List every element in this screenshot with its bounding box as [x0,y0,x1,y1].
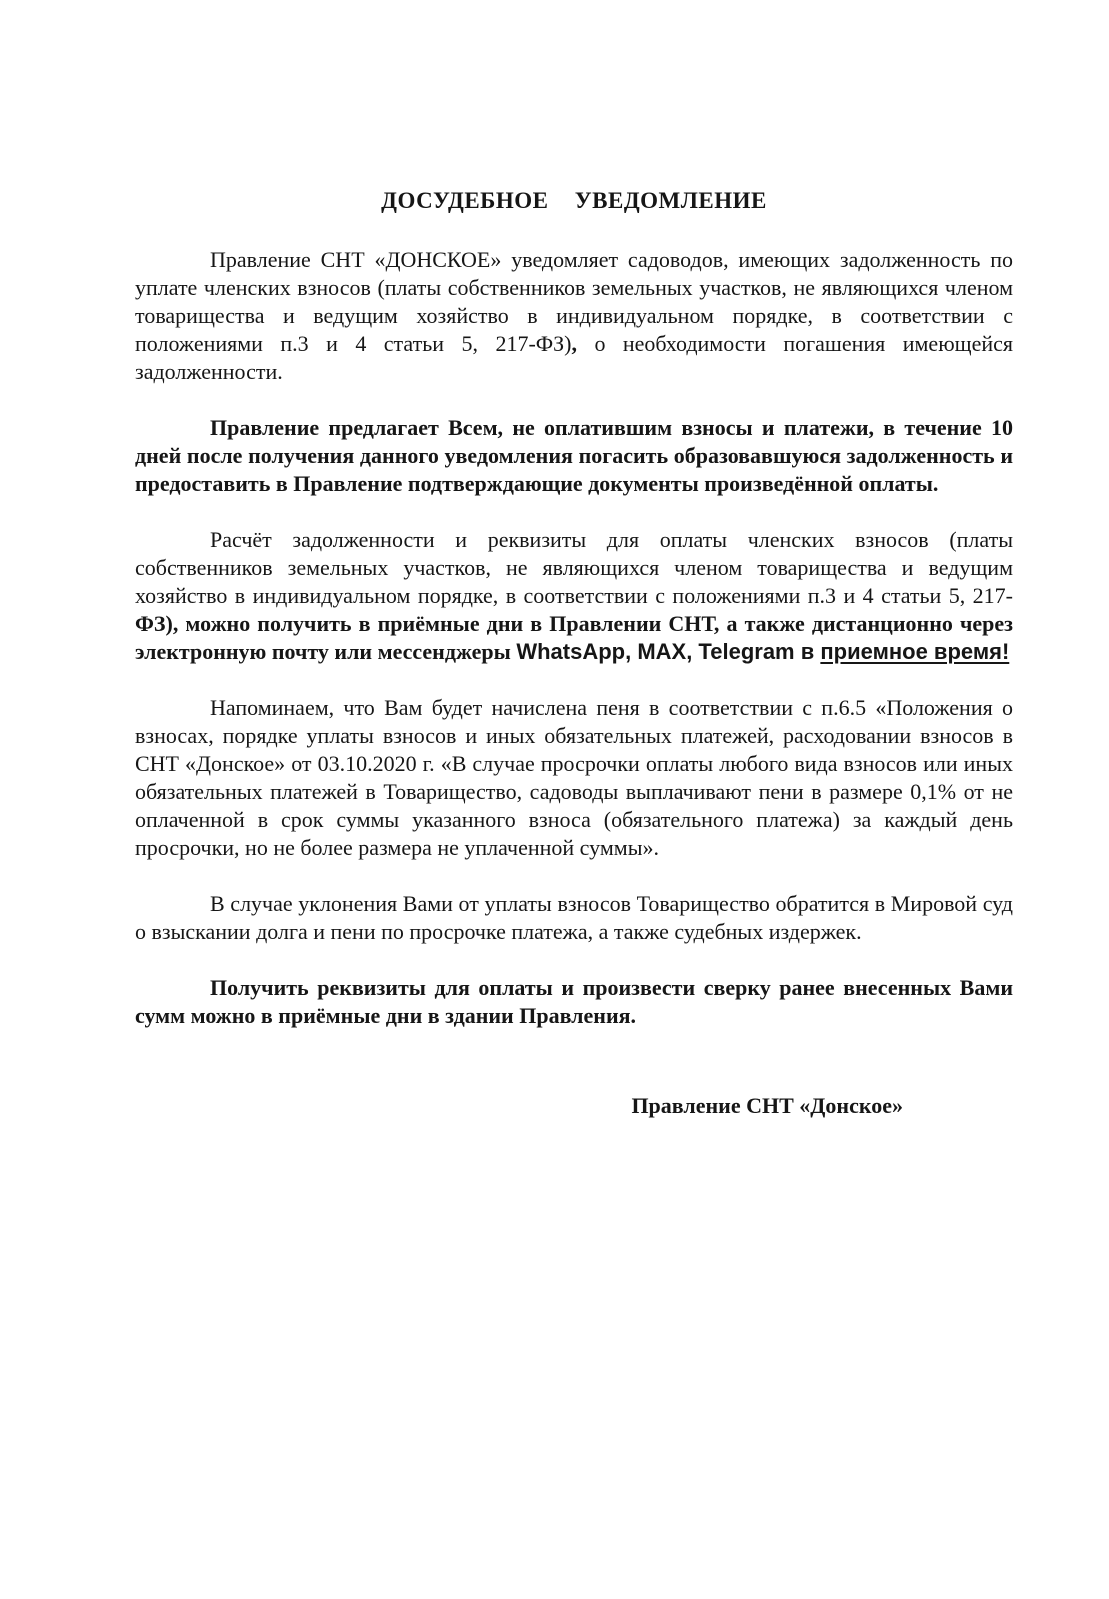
document-page: ДОСУДЕБНОЕ УВЕДОМЛЕНИЕ Правление СНТ «ДО… [0,0,1109,1599]
paragraph-penalty: Напоминаем, что Вам будет начислена пеня… [135,694,1013,862]
text-run-bold: Правление предлагает Всем, не оплатившим… [135,415,1013,496]
text-run: Напоминаем, что Вам будет начислена пеня… [135,695,1013,860]
messengers-text: WhatsApp, MAX, Telegram в [516,639,820,664]
document-title: ДОСУДЕБНОЕ УВЕДОМЛЕНИЕ [135,186,1013,216]
paragraph-court: В случае уклонения Вами от уплаты взносо… [135,890,1013,946]
reception-time-underlined-text: приемное время! [820,639,1009,664]
document-title-text: ДОСУДЕБНОЕ УВЕДОМЛЕНИЕ [381,188,767,213]
signature-line: Правление СНТ «Донское» [135,1092,1013,1120]
paragraph-requisites: Расчёт задолженности и реквизиты для опл… [135,526,1013,666]
text-run-bold: Получить реквизиты для оплаты и произвес… [135,975,1013,1028]
signature-text: Правление СНТ «Донское» [631,1093,903,1118]
text-run: Расчёт задолженности и реквизиты для опл… [135,527,1013,608]
paragraph-intro: Правление СНТ «ДОНСКОЕ» уведомляет садов… [135,246,1013,386]
paragraph-demand: Правление предлагает Всем, не оплатившим… [135,414,1013,498]
text-run: В случае уклонения Вами от уплаты взносо… [135,891,1013,944]
paragraph-closing: Получить реквизиты для оплаты и произвес… [135,974,1013,1030]
